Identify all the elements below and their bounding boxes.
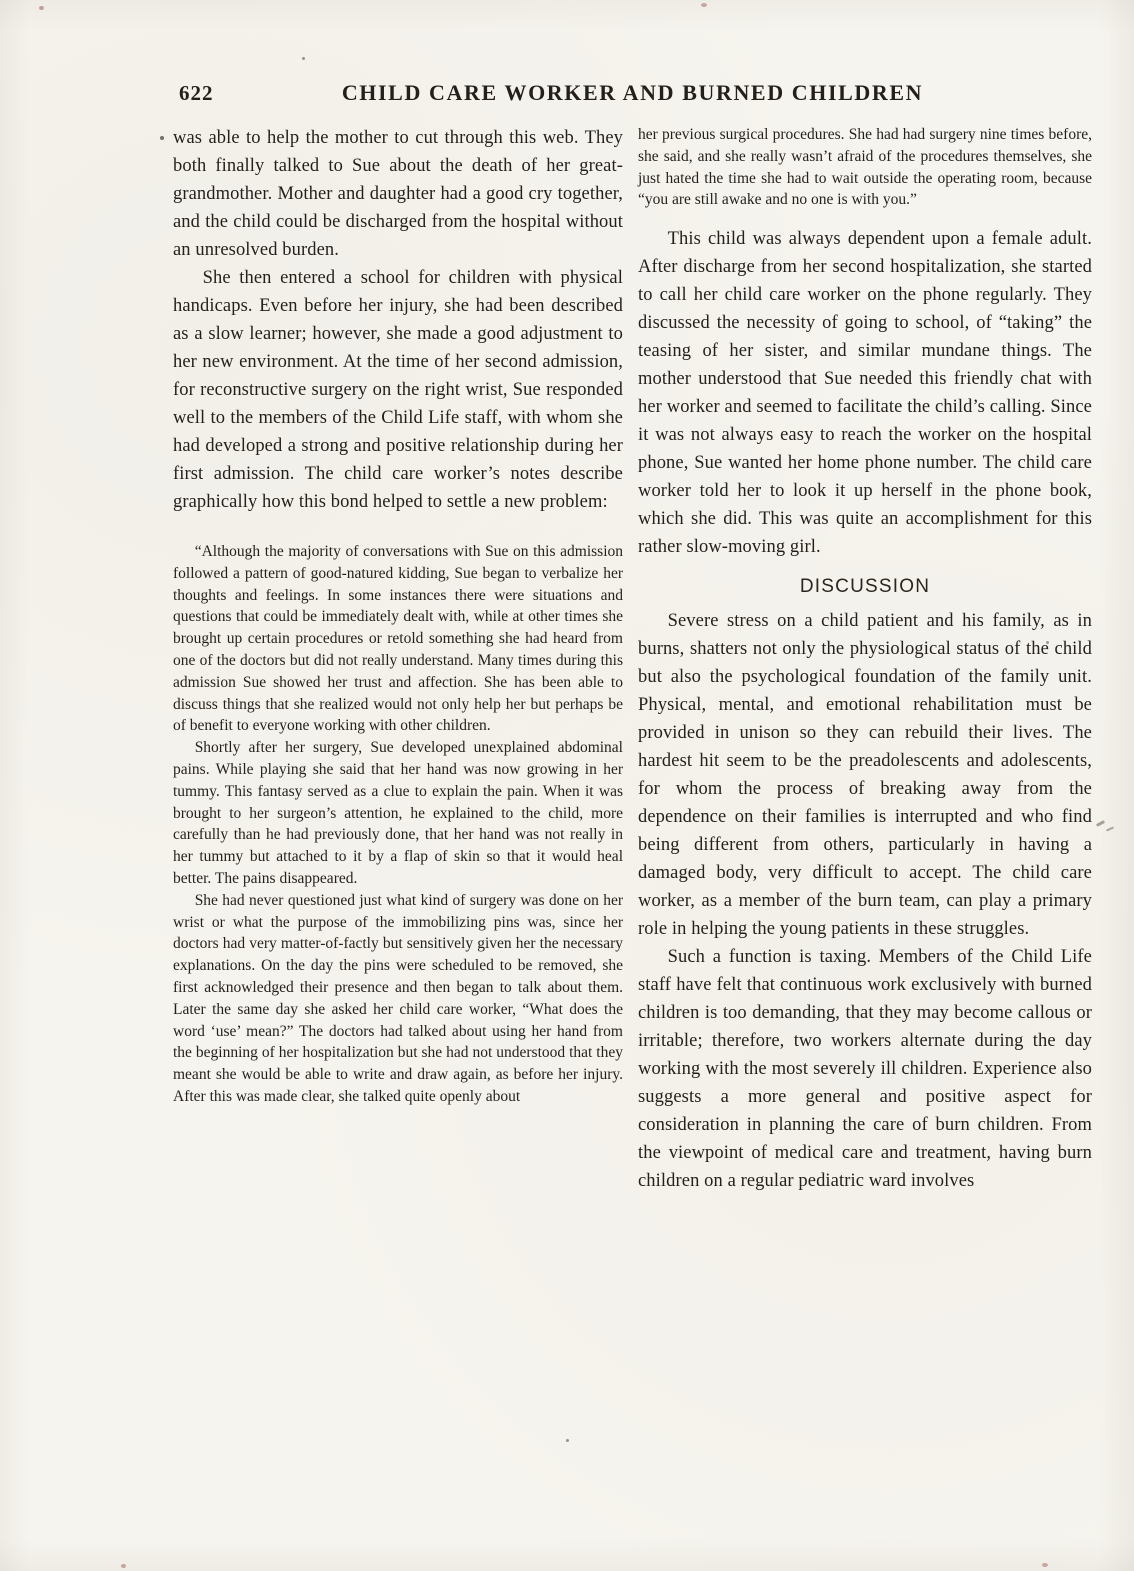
- quote-paragraph: Shortly after her surgery, Sue developed…: [173, 737, 623, 890]
- scan-speck: [1042, 1563, 1048, 1567]
- body-paragraph: was able to help the mother to cut throu…: [173, 124, 623, 264]
- body-paragraph: Severe stress on a child patient and his…: [638, 607, 1092, 943]
- quote-paragraph: She had never questioned just what kind …: [173, 890, 623, 1108]
- running-head: 622 CHILD CARE WORKER AND BURNED CHILDRE…: [173, 80, 1092, 114]
- block-quote-continuation: her previous surgical procedures. She ha…: [638, 124, 1092, 211]
- section-heading-discussion: DISCUSSION: [638, 576, 1092, 598]
- body-paragraph: This child was always dependent upon a f…: [638, 225, 1092, 561]
- quote-paragraph: her previous surgical procedures. She ha…: [638, 124, 1092, 211]
- scan-speck: [39, 6, 44, 10]
- scan-speck: [1096, 820, 1105, 827]
- scan-speck: [701, 3, 707, 7]
- body-paragraph: She then entered a school for children w…: [173, 264, 623, 516]
- scan-speck: [566, 1439, 569, 1442]
- scan-speck: [121, 1564, 126, 1568]
- two-column-text-block: was able to help the mother to cut throu…: [173, 124, 1092, 1195]
- quote-paragraph: “Although the majority of conversations …: [173, 541, 623, 737]
- running-title: CHILD CARE WORKER AND BURNED CHILDREN: [173, 80, 1092, 106]
- right-column: her previous surgical procedures. She ha…: [638, 124, 1092, 1195]
- scan-speck: [160, 136, 164, 140]
- body-paragraph: Such a function is taxing. Members of th…: [638, 943, 1092, 1195]
- scanned-journal-page: 622 CHILD CARE WORKER AND BURNED CHILDRE…: [0, 0, 1134, 1571]
- page-number: 622: [179, 81, 214, 106]
- scan-speck: [1106, 826, 1114, 831]
- left-column: was able to help the mother to cut throu…: [173, 124, 623, 1195]
- scan-speck: [302, 57, 305, 60]
- block-quote: “Although the majority of conversations …: [173, 541, 623, 1108]
